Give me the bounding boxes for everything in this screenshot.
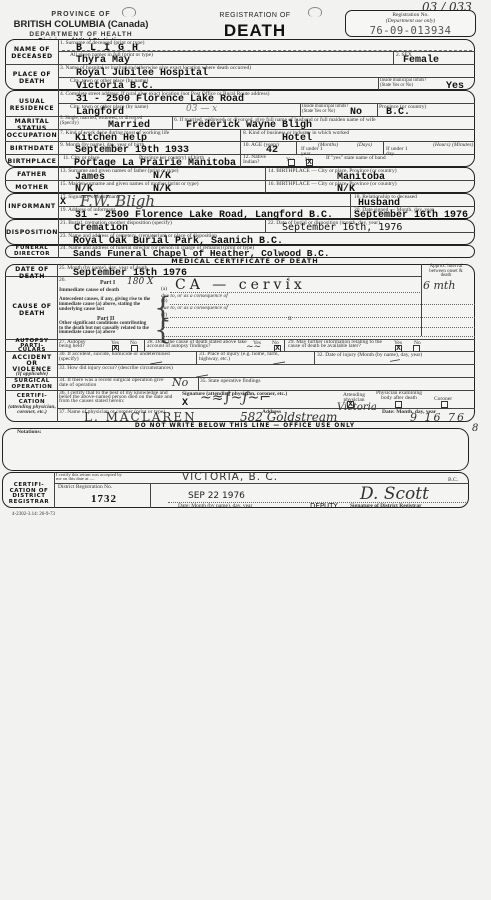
cause-a-value: CA — cervix bbox=[175, 277, 306, 293]
section-father: FATHER bbox=[8, 171, 56, 178]
section-autopsy: AUTOPSY PARTI-CULARS bbox=[8, 339, 56, 353]
q36-label: 36. I certify that to the best of my kno… bbox=[59, 391, 174, 404]
physician-date: 9 16 76 bbox=[410, 411, 466, 424]
item-26: 26. bbox=[59, 277, 66, 283]
registrar-date-label: Date: Month (by name), day, year bbox=[178, 503, 252, 509]
mother-birthplace-label: 16. BIRTHPLACE — City or place, Province… bbox=[268, 181, 397, 187]
res-province-value: B.C. bbox=[386, 107, 410, 118]
registration-number-box: Registration No. (Department use only) 7… bbox=[345, 10, 476, 37]
examining-checkbox[interactable] bbox=[395, 401, 402, 408]
section-surgical: SURGICAL OPERATION bbox=[8, 378, 56, 390]
registrar-signature: D. Scott bbox=[360, 484, 429, 504]
registration-of: REGISTRATION OF bbox=[200, 12, 310, 19]
immediate-cause-label: Immediate cause of death bbox=[59, 287, 119, 293]
hours-label: (Hours) bbox=[433, 142, 450, 148]
other-conditions-label: Other significant conditions contributin… bbox=[59, 322, 151, 336]
business-value: Hotel bbox=[282, 133, 312, 144]
q32-dash: — bbox=[389, 354, 401, 367]
cause-b-label: (b) bbox=[161, 298, 167, 304]
registrar-bc: B.C. bbox=[448, 477, 458, 483]
roman-2: II bbox=[288, 316, 292, 322]
band-label: If "yes" state name of band bbox=[326, 155, 386, 161]
q34-label: 34. If there was a recent surgical opera… bbox=[59, 378, 174, 387]
district-no-label: District Registration No. bbox=[58, 484, 112, 490]
death-limits-label: Inside municipal limits? (State Yes or N… bbox=[380, 78, 430, 88]
section-date-of-death: DATE OF DEATH bbox=[8, 266, 56, 280]
registrar-place: VICTORIA, B. C. bbox=[182, 471, 278, 483]
section-disposition: DISPOSITION bbox=[6, 229, 58, 236]
section-registrar: CERTIFI-CATION OF DISTRICT REGISTRAR bbox=[4, 483, 54, 505]
registrar-date: SEP 22 1976 bbox=[188, 491, 245, 501]
q32-label: 32. Date of injury (Month (by name), day… bbox=[317, 352, 422, 358]
section-place-of-death: PLACE OF DEATH bbox=[8, 71, 56, 85]
sex-value: Female bbox=[403, 55, 439, 66]
form-title-block: REGISTRATION OF DEATH bbox=[200, 12, 310, 41]
res-limits-label: Inside municipal limits? (State Yes or N… bbox=[302, 104, 352, 114]
department: DEPARTMENT OF HEALTH bbox=[6, 31, 156, 38]
part-1-label: Part I bbox=[100, 280, 115, 286]
notations-box[interactable] bbox=[2, 428, 469, 471]
form-code: 4-2302-3.14: 26-9-73 bbox=[12, 512, 55, 518]
res-city-note: 03 — x bbox=[186, 104, 217, 114]
section-cause-of-death: CAUSE OF DEATH bbox=[8, 303, 56, 317]
certification-sublabel: (attending physician, coroner, etc.) bbox=[6, 405, 58, 415]
section-birthplace: BIRTHPLACE bbox=[6, 158, 58, 165]
section-occupation: OCCUPATION bbox=[6, 132, 58, 139]
accepted-label: I certify this return was accepted by me… bbox=[56, 473, 124, 480]
q28-label: 28. Does the cause of death stated above… bbox=[147, 340, 247, 348]
q27-label: 27. Autopsy being held? bbox=[59, 340, 95, 348]
section-name-of-deceased: NAME OF DECEASED bbox=[8, 46, 56, 60]
margin-mark: 8 bbox=[472, 423, 478, 434]
form-title: DEATH bbox=[200, 21, 310, 41]
interval-a-value: 6 mth bbox=[423, 279, 455, 292]
section-funeral-director: FUNERAL DIRECTOR bbox=[8, 245, 56, 257]
physician-city: Victoria bbox=[337, 402, 377, 413]
disposition-date-value: September 16th, 1976 bbox=[282, 222, 402, 233]
q35-label: 35. State operative findings bbox=[200, 378, 261, 384]
coroner-checkbox[interactable] bbox=[441, 401, 448, 408]
punch-hole-right bbox=[308, 7, 322, 17]
deputy-stamp: DEPUTY bbox=[310, 502, 338, 510]
section-birthdate: BIRTHDATE bbox=[8, 145, 56, 152]
examining-label: Physician examining body after death bbox=[373, 391, 425, 401]
q33-label: 33. How did injury occur? (describe circ… bbox=[59, 365, 173, 371]
section-informant: INFORMANT bbox=[6, 203, 58, 210]
minutes-label: (Minutes) bbox=[452, 142, 473, 148]
notations-label: Notations: bbox=[17, 429, 41, 435]
under-year-label: If under 1 year bbox=[301, 147, 325, 157]
native-indian-label: 12. Native Indian? bbox=[243, 155, 277, 165]
accident-sublabel: (If applicable) bbox=[6, 371, 58, 377]
province-name: BRITISH COLUMBIA (Canada) bbox=[6, 19, 156, 30]
section-marital-status: MARITAL STATUS bbox=[8, 118, 56, 132]
q29-label: 29. May further information relating to … bbox=[288, 340, 388, 348]
physician-address: 582 Goldstream bbox=[240, 410, 337, 424]
section-usual-residence: USUAL RESIDENCE bbox=[8, 98, 56, 112]
note-180x: 180 X bbox=[127, 277, 153, 287]
district-no-value: 1732 bbox=[91, 493, 117, 505]
antecedent-label: Antecedent causes, if any, giving rise t… bbox=[59, 297, 151, 312]
interval-label: Approx. interval between onset & death bbox=[424, 265, 468, 279]
reg-no-value: 76-09-013934 bbox=[346, 25, 475, 37]
q31-dash: — bbox=[272, 354, 286, 370]
physician-name: L. MACLAREN bbox=[84, 410, 197, 424]
q34-value: No bbox=[172, 376, 188, 389]
physician-signature: ~≈∫~ƒ~⌐ bbox=[200, 390, 271, 406]
native-yes-checkbox[interactable] bbox=[288, 159, 295, 166]
reg-no-sublabel: (Department use only) bbox=[346, 18, 475, 24]
native-no-checkbox[interactable]: X bbox=[306, 159, 313, 166]
section-mother: MOTHER bbox=[8, 184, 56, 191]
q29-yes-checkbox[interactable]: X bbox=[395, 345, 402, 352]
due-to-b: due to, or as a consequence of bbox=[161, 305, 228, 311]
province-of: PROVINCE OF bbox=[6, 11, 156, 18]
q29-no-checkbox[interactable] bbox=[413, 345, 420, 352]
days-label: (Days) bbox=[357, 142, 372, 148]
under-day-label: If under 1 day bbox=[386, 147, 410, 157]
